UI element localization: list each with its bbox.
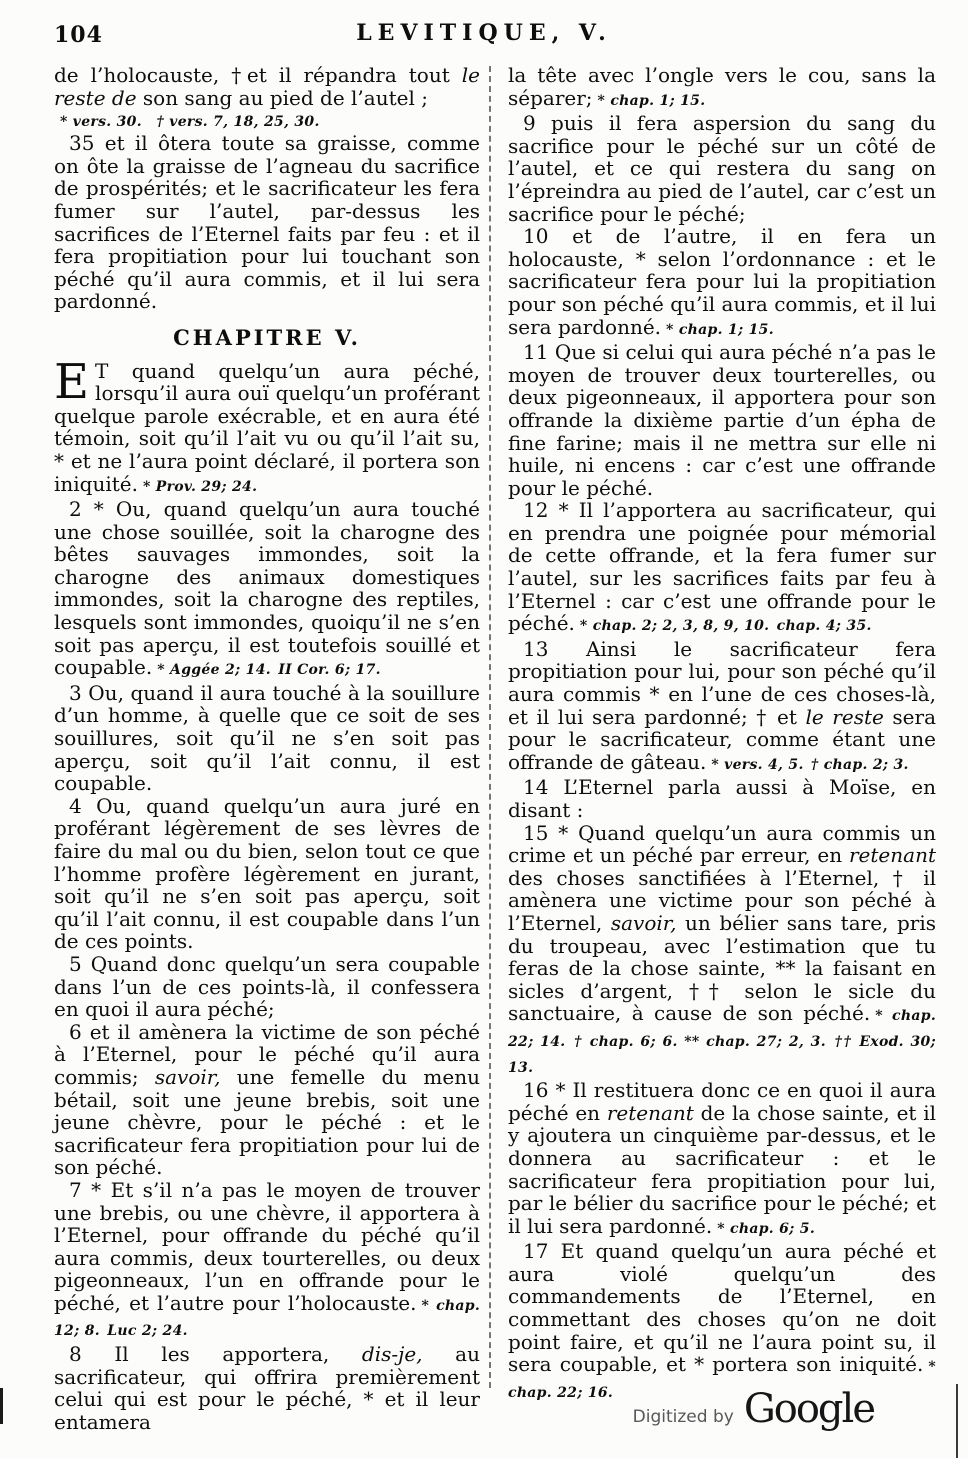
verse-text: 14 L’Eternel parla aussi à Moïse, en dis… — [508, 775, 936, 822]
verse-text: le reste — [806, 705, 884, 729]
verse-text: 17 Et quand quelqu’un aura péché et aura… — [508, 1239, 936, 1376]
verse-text: savoir, — [611, 911, 677, 935]
verse-paragraph: 15 * Quand quelqu’un aura commis un crim… — [508, 822, 936, 1080]
verse-paragraph: de l’holocauste, †et il répandra tout le… — [54, 64, 480, 109]
verse-paragraph: ET quand quelqu’un aura péché, lorsqu’il… — [54, 360, 480, 499]
verse-paragraph: 13 Ainsi le sacrificateur fera propitiat… — [508, 638, 936, 777]
cross-reference: * vers. 30. † vers. 7, 18, 25, 30. — [60, 114, 320, 130]
verse-paragraph: 12 * Il l’apportera au sacrificateur, qu… — [508, 499, 936, 638]
verse-paragraph: 17 Et quand quelqu’un aura péché et aura… — [508, 1240, 936, 1404]
left-column: de l’holocauste, †et il répandra tout le… — [54, 64, 480, 1433]
digitized-by-label: Digitized by — [633, 1407, 734, 1427]
page-header: 104 LEVITIQUE, V. — [0, 20, 968, 52]
verse-paragraph: 6 et il amènera la victime de son péché … — [54, 1021, 480, 1179]
reference-line: * vers. 30. † vers. 7, 18, 25, 30. — [54, 109, 480, 132]
cross-reference: * chap. 6; 5. — [712, 1221, 815, 1237]
cross-reference: * Aggée 2; 14. II Cor. 6; 17. — [152, 662, 381, 678]
verse-paragraph: la tête avec l’ongle vers le cou, sans l… — [508, 64, 936, 112]
verse-paragraph: 10 et de l’autre, il en fera un holocaus… — [508, 225, 936, 341]
verse-paragraph: 5 Quand donc quelqu’un sera coupable dan… — [54, 953, 480, 1021]
book-page: 104 LEVITIQUE, V. de l’holocauste, †et i… — [0, 0, 968, 1458]
column-divider — [489, 66, 491, 1388]
page-number: 104 — [54, 22, 103, 48]
drop-cap: E — [54, 363, 89, 401]
verse-text: son sang au pied de l’autel ; — [137, 86, 428, 110]
verse-text: 8 Il les apportera, — [69, 1342, 362, 1366]
verse-text: 35 et il ôtera toute sa graisse, comme o… — [54, 131, 480, 313]
verse-paragraph: 11 Que si celui qui aura péché n’a pas l… — [508, 341, 936, 499]
verse-text: retenant — [849, 843, 936, 867]
scan-artifact-right — [956, 1384, 958, 1458]
verse-text: 9 puis il fera aspersion du sang du sacr… — [508, 111, 936, 225]
verse-text: 3 Ou, quand il aura touché à la souillur… — [54, 681, 480, 795]
verse-text: 7 * Et s’il n’a pas le moyen de trouver … — [54, 1178, 480, 1315]
right-column: la tête avec l’ongle vers le cou, sans l… — [508, 64, 936, 1404]
verse-text: 4 Ou, quand quelqu’un aura juré en profé… — [54, 794, 480, 954]
verse-paragraph: 16 * Il restituera donc ce en quoi il au… — [508, 1079, 936, 1240]
verse-paragraph: 9 puis il fera aspersion du sang du sacr… — [508, 112, 936, 225]
google-logo: Google — [744, 1386, 874, 1432]
verse-text: retenant — [607, 1101, 694, 1125]
scan-artifact-left — [0, 1388, 3, 1424]
verse-paragraph: 7 * Et s’il n’a pas le moyen de trouver … — [54, 1179, 480, 1343]
cross-reference: * chap. 1; 15. — [661, 322, 774, 338]
verse-paragraph: 3 Ou, quand il aura touché à la souillur… — [54, 682, 480, 795]
verse-text: 2 * Ou, quand quelqu’un aura touché une … — [54, 497, 480, 679]
verse-text: savoir, — [155, 1065, 221, 1089]
verse-text: dis-je, — [362, 1342, 423, 1366]
cross-reference: * vers. 4, 5. † chap. 2; 3. — [706, 757, 908, 773]
verse-text: 5 Quand donc quelqu’un sera coupable dan… — [54, 952, 480, 1021]
chapter-heading: CHAPITRE V. — [54, 327, 480, 350]
verse-text: de l’holocauste, †et il répandra tout — [54, 63, 462, 87]
running-title: LEVITIQUE, V. — [356, 20, 612, 46]
verse-paragraph: 4 Ou, quand quelqu’un aura juré en profé… — [54, 795, 480, 953]
cross-reference: * chap. 1; 15. — [593, 93, 706, 109]
verse-paragraph: 14 L’Eternel parla aussi à Moïse, en dis… — [508, 776, 936, 821]
verse-text: T quand quelqu’un aura péché, lorsqu’il … — [54, 359, 480, 496]
verse-text: la tête avec l’ongle vers le cou, sans l… — [508, 63, 936, 110]
verse-text: 12 * Il l’apportera au sacrificateur, qu… — [508, 498, 936, 635]
cross-reference: * chap. 2; 2, 3, 8, 9, 10. chap. 4; 35. — [575, 618, 872, 634]
verse-paragraph: 8 Il les apportera, dis-je, au sacrifica… — [54, 1343, 480, 1433]
verse-text: 11 Que si celui qui aura péché n’a pas l… — [508, 340, 936, 500]
verse-paragraph: 2 * Ou, quand quelqu’un aura touché une … — [54, 498, 480, 682]
cross-reference: * Prov. 29; 24. — [138, 479, 257, 495]
verse-paragraph: 35 et il ôtera toute sa graisse, comme o… — [54, 132, 480, 313]
digitized-footer: Digitized by Google — [633, 1386, 874, 1432]
